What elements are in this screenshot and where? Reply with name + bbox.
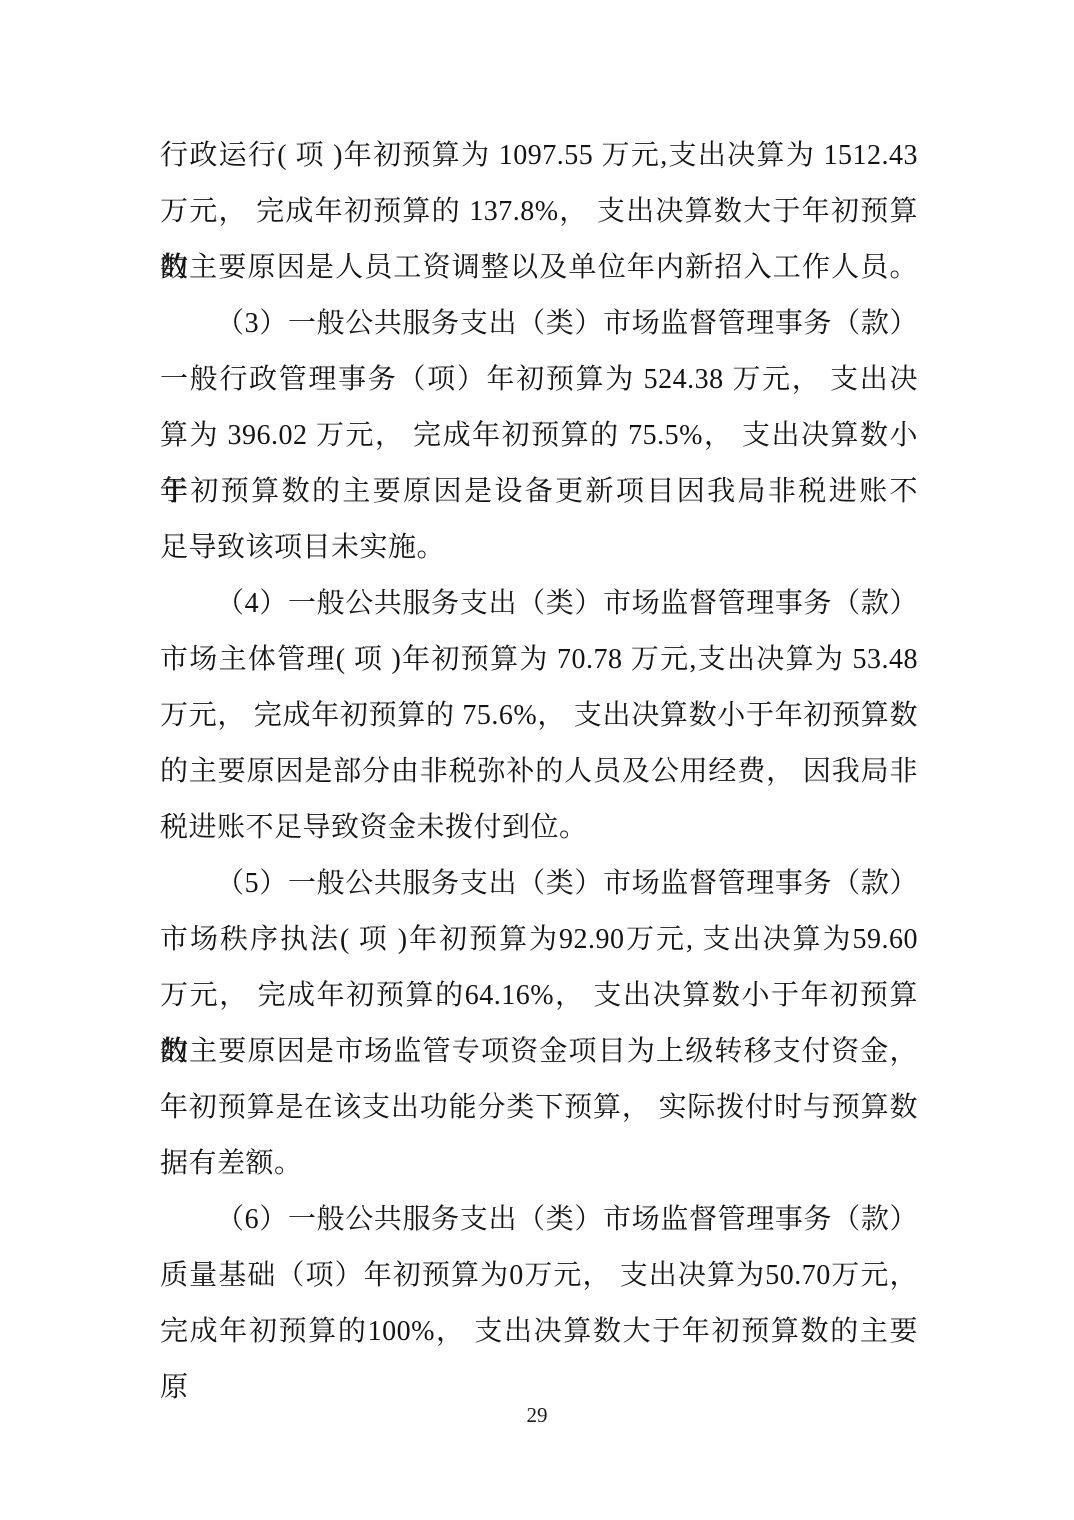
text-line: （3）一般公共服务支出（类）市场监督管理事务（款）: [160, 296, 918, 352]
paragraph-continuation: 行政运行( 项 )年初预算为 1097.55 万元,支出决算为 1512.43 …: [160, 128, 918, 296]
text-line: 年初预算数的主要原因是设备更新项目因我局非税进账不: [160, 464, 918, 520]
text-line: 质量基础（项）年初预算为0万元， 支出决算为50.70万元，: [160, 1248, 918, 1304]
paragraph-item-5: （5）一般公共服务支出（类）市场监督管理事务（款） 市场秩序执法( 项 )年初预…: [160, 856, 918, 1192]
text-line: 据有差额。: [160, 1136, 918, 1192]
page-number: 29: [0, 1400, 1074, 1430]
text-line: 一般行政管理事务（项）年初预算为 524.38 万元， 支出决: [160, 352, 918, 408]
text-line: 税进账不足导致资金未拨付到位。: [160, 800, 918, 856]
text-line: 万元， 完成年初预算的 75.6%， 支出决算数小于年初预算数: [160, 688, 918, 744]
text-line: 市场秩序执法( 项 )年初预算为92.90万元, 支出决算为59.60: [160, 912, 918, 968]
body-text: 行政运行( 项 )年初预算为 1097.55 万元,支出决算为 1512.43 …: [160, 128, 918, 1360]
text-line: 的主要原因是人员工资调整以及单位年内新招入工作人员。: [160, 240, 918, 296]
paragraph-item-6: （6）一般公共服务支出（类）市场监督管理事务（款） 质量基础（项）年初预算为0万…: [160, 1192, 918, 1360]
text-line: （4）一般公共服务支出（类）市场监督管理事务（款）: [160, 576, 918, 632]
text-line: 的主要原因是市场监管专项资金项目为上级转移支付资金，: [160, 1024, 918, 1080]
text-line: 的主要原因是部分由非税弥补的人员及公用经费， 因我局非: [160, 744, 918, 800]
paragraph-item-4: （4）一般公共服务支出（类）市场监督管理事务（款） 市场主体管理( 项 )年初预…: [160, 576, 918, 856]
text-line: 年初预算是在该支出功能分类下预算， 实际拨付时与预算数: [160, 1080, 918, 1136]
document-page: 行政运行( 项 )年初预算为 1097.55 万元,支出决算为 1512.43 …: [0, 0, 1074, 1520]
text-line: （6）一般公共服务支出（类）市场监督管理事务（款）: [160, 1192, 918, 1248]
text-line: 完成年初预算的100%， 支出决算数大于年初预算数的主要原: [160, 1304, 918, 1360]
text-line: 足导致该项目未实施。: [160, 520, 918, 576]
text-line: （5）一般公共服务支出（类）市场监督管理事务（款）: [160, 856, 918, 912]
text-line: 行政运行( 项 )年初预算为 1097.55 万元,支出决算为 1512.43: [160, 128, 918, 184]
text-line: 市场主体管理( 项 )年初预算为 70.78 万元,支出决算为 53.48: [160, 632, 918, 688]
paragraph-item-3: （3）一般公共服务支出（类）市场监督管理事务（款） 一般行政管理事务（项）年初预…: [160, 296, 918, 576]
text-line: 算为 396.02 万元， 完成年初预算的 75.5%， 支出决算数小于: [160, 408, 918, 464]
text-line: 万元， 完成年初预算的 137.8%， 支出决算数大于年初预算数: [160, 184, 918, 240]
text-line: 万元， 完成年初预算的64.16%， 支出决算数小于年初预算数: [160, 968, 918, 1024]
